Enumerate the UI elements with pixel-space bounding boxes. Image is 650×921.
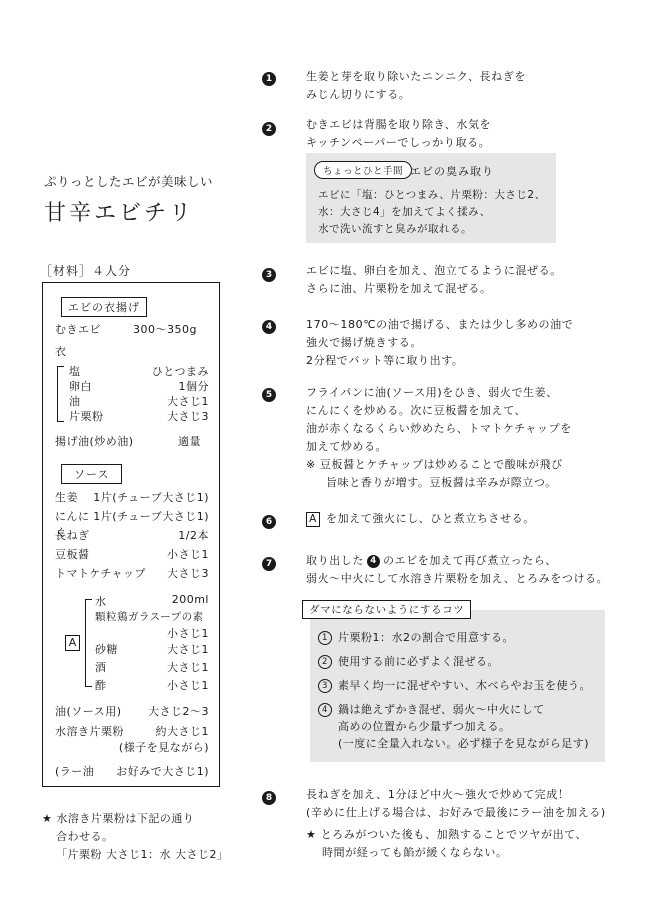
tip-item: 1片栗粉1：水2の割合で用意する。	[318, 629, 514, 646]
ingredient-amount: 大さじ1	[167, 393, 209, 409]
step-note-line: 時間が経っても餡が緩くならない。	[306, 844, 606, 862]
ingredient-amount: 大さじ1	[167, 641, 209, 657]
step-3-text: エビに塩、卵白を加え、泡立てるように混ぜる。 さらに油、片栗粉を加えて混ぜる。	[306, 262, 562, 298]
star-icon: ★	[306, 828, 316, 841]
step-line: にんにくを炒める。次に豆板醤を加えて、	[306, 402, 572, 420]
circled-number-icon: 1	[318, 631, 332, 645]
coating-label: 衣	[55, 343, 209, 359]
step-line: (辛めに仕上げる場合は、お好みで最後にラー油を加える)	[306, 804, 606, 822]
step-line: むきエビは背腸を取り除き、水気を	[306, 116, 491, 134]
ingredient-row: 油 大さじ1	[69, 393, 209, 409]
coating-label-text: 衣	[55, 343, 67, 359]
ingredient-note: (様子を見ながら)	[119, 739, 209, 755]
step-number-icon: 6	[262, 515, 276, 529]
step-number-icon: 2	[262, 122, 276, 136]
ingredient-row: 顆粒鶏ガラスープの素	[95, 609, 209, 624]
tip-line: 水：大さじ4」を加えてよく揉み、	[318, 204, 546, 221]
ingredient-amount: 適量	[178, 433, 201, 449]
tips-panel-label: ダマにならないようにするコツ	[302, 600, 471, 619]
tip-item-text: 素早く均一に混ぜやすい、木べらやお玉を使う。	[338, 679, 591, 692]
ingredient-name: 酢	[95, 677, 107, 693]
ingredient-row: 砂糖 大さじ1	[95, 641, 209, 657]
group-a-label: A	[65, 635, 80, 651]
tip-line: エビに「塩：ひとつまみ、片栗粉：大さじ2、	[318, 187, 546, 204]
tip-item: 2使用する前に必ずよく混ぜる。	[318, 653, 499, 670]
step-note-line: ※ 豆板醤とケチャップは炒めることで酸味が飛び	[306, 456, 572, 474]
tip-badge: ちょっとひと手間	[314, 161, 412, 179]
ingredient-row: 豆板醤 小さじ1	[55, 546, 209, 562]
star-icon: ★	[42, 812, 52, 825]
ingredient-name: 油	[69, 393, 81, 409]
sauce-section-label: ソース	[61, 464, 122, 484]
ingredient-amount: 約大さじ1	[156, 723, 210, 739]
step-line: みじん切りにする。	[306, 86, 526, 104]
tip-item: 4鍋は絶えずかき混ぜ、弱火～中火にして 高めの位置から少量ずつ加える。 (一度に…	[318, 701, 589, 752]
step-note-line: 旨味と香りが増す。豆板醤は辛みが際立つ。	[306, 474, 572, 492]
ingredient-amount: 大さじ3	[167, 408, 209, 424]
circled-number-icon: 3	[318, 679, 332, 693]
step-4-text: 170～180℃の油で揚げる、または少し多めの油で 強火で揚げ焼きする。 2分程…	[306, 316, 573, 370]
ingredient-row: トマトケチャップ 大さじ3	[55, 565, 209, 581]
ingredient-row: 酒 大さじ1	[95, 659, 209, 675]
step-line: 油が赤くなるくらい炒めたら、トマトケチャップを	[306, 420, 572, 438]
tip-item-text: (一度に全量入れない。必ず様子を見ながら足す)	[318, 735, 589, 752]
step-line: 生姜と芽を取り除いたニンニク、長ねぎを	[306, 68, 526, 86]
ingredient-name: トマトケチャップ	[55, 565, 146, 581]
ingredient-note-row: (様子を見ながら)	[55, 739, 209, 755]
step-line: 2分程でバット等に取り出す。	[306, 352, 573, 370]
tip-item: 3素早く均一に混ぜやすい、木べらやお玉を使う。	[318, 677, 591, 694]
step-number-icon: 3	[262, 268, 276, 282]
ingredient-name: 豆板醤	[55, 546, 90, 562]
step-note-line: とろみがついた後も、加熱することでツヤが出て、	[321, 828, 588, 841]
tip-heading: エビの臭み取り	[410, 163, 494, 179]
step-2-text: むきエビは背腸を取り除き、水気を キッチンペーパーでしっかり取る。	[306, 116, 491, 152]
ingredient-row: 水溶き片栗粉 約大さじ1	[55, 723, 209, 739]
step-7-text: 取り出した4のエビを加えて再び煮立ったら、 弱火～中火にして水溶き片栗粉を加え、…	[306, 552, 608, 588]
group-a-bracket	[85, 599, 92, 687]
ingredient-amount: 300～350g	[133, 321, 197, 337]
step-number-icon: 4	[262, 320, 276, 334]
step-number-icon: 5	[262, 388, 276, 402]
ingredient-name: (ラー油	[55, 763, 94, 779]
step-1-text: 生姜と芽を取り除いたニンニク、長ねぎを みじん切りにする。	[306, 68, 526, 104]
step-line: フライパンに油(ソース用)をひき、弱火で生姜、	[306, 384, 572, 402]
ingredient-row: 生姜 1片(チューブ大さじ1)	[55, 489, 209, 505]
ingredient-amount: 小さじ1	[167, 677, 209, 693]
tip-body: エビに「塩：ひとつまみ、片栗粉：大さじ2、 水：大さじ4」を加えてよく揉み、 水…	[318, 187, 546, 238]
ingredient-row: 小さじ1	[95, 625, 209, 641]
step-line: を加えて強火にし、ひと煮立ちさせる。	[326, 512, 535, 525]
step-5-text: フライパンに油(ソース用)をひき、弱火で生姜、 にんにくを炒める。次に豆板醤を加…	[306, 384, 572, 492]
ingredients-box: エビの衣揚げ むきエビ 300～350g 衣 塩 ひとつまみ 卵白 1個分 油 …	[42, 282, 220, 787]
ingredient-amount: 1個分	[179, 378, 210, 394]
ingredient-name: 卵白	[69, 378, 92, 394]
ingredient-row: 酢 小さじ1	[95, 677, 209, 693]
circled-number-icon: 2	[318, 655, 332, 669]
tip-panel: ちょっとひと手間 エビの臭み取り エビに「塩：ひとつまみ、片栗粉：大さじ2、 水…	[306, 153, 556, 243]
tip-item-text: 使用する前に必ずよく混ぜる。	[338, 655, 499, 668]
servings-label: ［材料］４人分	[40, 262, 131, 279]
footnote-line: 合わせる。	[42, 828, 229, 846]
ingredient-name: 長ねぎ	[55, 527, 90, 543]
coating-bracket	[57, 366, 64, 422]
ingredient-row: 油(ソース用) 大さじ2～3	[55, 703, 209, 719]
ingredient-name: 砂糖	[95, 641, 118, 657]
ingredient-amount: 大さじ1	[167, 659, 209, 675]
tip-item-text: 片栗粉1：水2の割合で用意する。	[338, 631, 514, 644]
coating-section-label: エビの衣揚げ	[61, 297, 147, 317]
step-line: さらに油、片栗粉を加えて混ぜる。	[306, 280, 562, 298]
ingredient-name: 酒	[95, 659, 107, 675]
ingredient-row: (ラー油 お好みで大さじ1)	[55, 763, 209, 779]
ingredient-name: 顆粒鶏ガラスープの素	[95, 609, 204, 624]
step-8-text: 長ねぎを加え、1分ほど中火～強火で炒めて完成！ (辛めに仕上げる場合は、お好みで…	[306, 786, 606, 862]
ingredient-row: むきエビ 300～350g	[55, 321, 209, 337]
step-line: 強火で揚げ焼きする。	[306, 334, 573, 352]
step-6-text: Aを加えて強火にし、ひと煮立ちさせる。	[306, 510, 535, 528]
step-number-icon: 7	[262, 557, 276, 571]
circled-number-icon: 4	[318, 703, 332, 717]
tip-item-text: 鍋は絶えずかき混ぜ、弱火～中火にして	[338, 703, 545, 716]
ingredient-row: 片栗粉 大さじ3	[69, 408, 209, 424]
ingredient-amount: 小さじ1	[167, 625, 209, 641]
ingredient-row: 卵白 1個分	[69, 378, 209, 394]
footnote-line: 「片栗粉 大さじ1：水 大さじ2」	[42, 846, 229, 864]
ingredient-amount: ひとつまみ	[152, 363, 209, 379]
starch-water-footnote: ★ 水溶き片栗粉は下記の通り 合わせる。 「片栗粉 大さじ1：水 大さじ2」	[42, 810, 229, 864]
step-ref-icon: 4	[367, 555, 380, 568]
step-line: 170～180℃の油で揚げる、または少し多めの油で	[306, 316, 573, 334]
ingredient-amount: 1/2本	[178, 527, 209, 543]
tip-item-text: 高めの位置から少量ずつ加える。	[318, 718, 589, 735]
ingredient-name: 生姜	[55, 489, 78, 505]
step-line: 長ねぎを加え、1分ほど中火～強火で炒めて完成！	[306, 786, 606, 804]
step-line: 弱火～中火にして水溶き片栗粉を加え、とろみをつける。	[306, 570, 608, 588]
recipe-subtitle: ぷりっとしたエビが美味しい	[44, 172, 213, 190]
ingredient-amount: 1片(チューブ大さじ1)	[93, 489, 209, 505]
ingredient-amount: お好みで大さじ1)	[116, 763, 209, 779]
group-a-ref: A	[306, 512, 320, 527]
step-line: エビに塩、卵白を加え、泡立てるように混ぜる。	[306, 262, 562, 280]
ingredient-amount: 小さじ1	[167, 546, 209, 562]
ingredient-name: 片栗粉	[69, 408, 104, 424]
step-line: 加えて炒める。	[306, 438, 572, 456]
ingredient-row: 長ねぎ 1/2本	[55, 527, 209, 543]
ingredient-name: むきエビ	[55, 321, 101, 337]
ingredient-row: 水 200ml	[95, 593, 209, 609]
ingredient-name: 塩	[69, 363, 81, 379]
ingredient-amount: 200ml	[172, 593, 209, 609]
step-line: 取り出した4のエビを加えて再び煮立ったら、	[306, 552, 608, 570]
step-number-icon: 8	[262, 791, 276, 805]
ingredient-name: 水	[95, 593, 107, 609]
ingredient-row: 塩 ひとつまみ	[69, 363, 209, 379]
ingredient-name: 揚げ油(炒め油)	[55, 433, 134, 449]
ingredient-row: 揚げ油(炒め油) 適量	[55, 433, 209, 449]
step-number-icon: 1	[262, 72, 276, 86]
ingredient-amount: 大さじ3	[167, 565, 209, 581]
ingredient-name: 水溶き片栗粉	[55, 723, 124, 739]
tip-line: 水で洗い流すと臭みが取れる。	[318, 221, 546, 238]
ingredient-name: 油(ソース用)	[55, 703, 122, 719]
footnote-line: 水溶き片栗粉は下記の通り	[56, 812, 194, 825]
ingredient-amount: 大さじ2～3	[148, 703, 209, 719]
recipe-title: 甘辛エビチリ	[44, 196, 194, 227]
step-text-fragment: のエビを加えて再び煮立ったら、	[383, 554, 557, 567]
step-line: キッチンペーパーでしっかり取る。	[306, 134, 491, 152]
step-text-fragment: 取り出した	[306, 554, 364, 567]
